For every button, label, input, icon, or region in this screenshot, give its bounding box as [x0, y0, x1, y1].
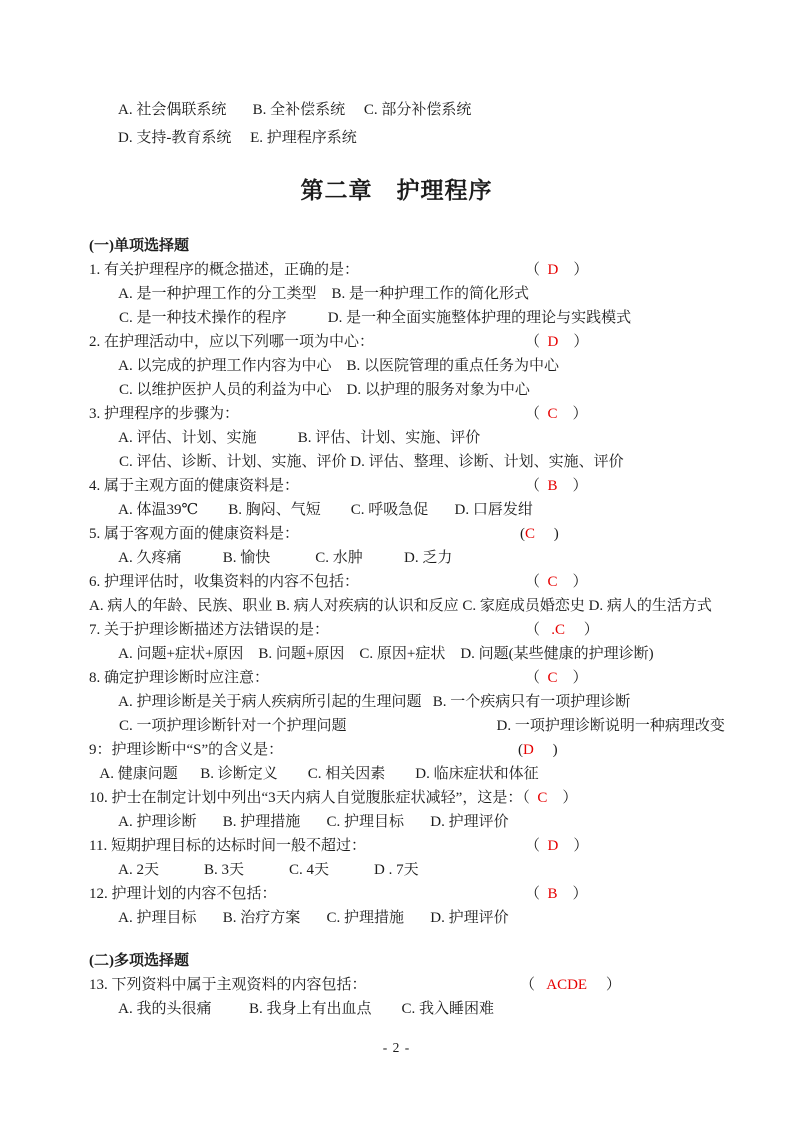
bracket-open: （ [525, 886, 548, 902]
section-single-choice: (一)单项选择题 1. 有关护理程序的概念描述，正确的是：（ D ） A. 是一… [89, 234, 749, 930]
bracket-close: ） [547, 790, 577, 806]
question-stem-line: 6. 护理评估时，收集资料的内容不包括：（ C ） [89, 570, 749, 594]
question-stem: 9：护理诊断中“S”的含义是： [89, 742, 283, 758]
question-stem-line: 7. 关于护理诊断描述方法错误的是：（ .C ） [89, 618, 749, 642]
bracket-close: ) [534, 742, 558, 758]
section-heading: (一)单项选择题 [89, 234, 749, 258]
bracket-open: （ [525, 478, 548, 494]
question-stem: 3. 护理程序的步骤为： [89, 406, 239, 422]
intro-option-line: A. 社会偶联系统 B. 全补偿系统 C. 部分补偿系统 [118, 96, 471, 124]
bracket-open: （ [520, 977, 546, 993]
option-line: A. 久疼痛 B. 愉快 C. 水肿 D. 乏力 [89, 546, 749, 570]
answer-bracket: （ B ） [525, 474, 588, 498]
question-list: 13. 下列资料中属于主观资料的内容包括：（ ACDE ） A. 我的头很痛 B… [89, 973, 749, 1021]
question-stem-line: 8. 确定护理诊断时应注意：（ C ） [89, 666, 749, 690]
answer-bracket: （ ACDE ） [520, 973, 621, 997]
bracket-open: （ [525, 670, 548, 686]
bracket-close: ） [558, 838, 588, 854]
question-stem-line: 2. 在护理活动中，应以下列哪一项为中心：（ D ） [89, 330, 749, 354]
bracket-close: ） [558, 406, 588, 422]
option-line: C. 一项护理诊断针对一个护理问题 D. 一项护理诊断说明一种病理改变 [89, 714, 749, 738]
question-stem-line: 5. 属于客观方面的健康资料是：(C ) [89, 522, 749, 546]
bracket-close: ） [558, 478, 588, 494]
answer-value: C [548, 670, 558, 686]
question-stem: 10. 护士在制定计划中列出“3天内病人自觉腹胀症状减轻”，这是： [89, 790, 522, 806]
question-stem: 11. 短期护理目标的达标时间一般不超过： [89, 838, 366, 854]
option-line: A. 评估、计划、实施 B. 评估、计划、实施、评价 [89, 426, 749, 450]
answer-value: C [537, 790, 547, 806]
bracket-open: （ [525, 406, 548, 422]
answer-value: C [548, 406, 558, 422]
option-line: C. 以维护医护人员的利益为中心 D. 以护理的服务对象为中心 [89, 378, 749, 402]
question-stem: 5. 属于客观方面的健康资料是： [89, 526, 299, 542]
bracket-open: （ [525, 622, 551, 638]
bracket-close: ) [535, 526, 559, 542]
answer-bracket: （ D ） [525, 258, 588, 282]
answer-value: C [548, 574, 558, 590]
option-line: A. 护理诊断是关于病人疾病所引起的生理问题 B. 一个疾病只有一项护理诊断 [89, 690, 749, 714]
answer-value: ACDE [546, 977, 587, 993]
option-line: A. 以完成的护理工作内容为中心 B. 以医院管理的重点任务为中心 [89, 354, 749, 378]
option-line: C. 是一种技术操作的程序 D. 是一种全面实施整体护理的理论与实践模式 [89, 306, 749, 330]
answer-bracket: (C ) [520, 522, 559, 546]
answer-value: D [548, 262, 559, 278]
answer-bracket: （ D ） [525, 330, 588, 354]
question-list: 1. 有关护理程序的概念描述，正确的是：（ D ） A. 是一种护理工作的分工类… [89, 258, 749, 930]
bracket-open: （ [525, 838, 548, 854]
answer-value: D [523, 742, 534, 758]
answer-value: B [548, 886, 558, 902]
question-stem-line: 13. 下列资料中属于主观资料的内容包括：（ ACDE ） [89, 973, 749, 997]
answer-value: D [548, 838, 559, 854]
option-line: A. 2天 B. 3天 C. 4天 D . 7天 [89, 858, 749, 882]
question-stem-line: 12. 护理计划的内容不包括：（ B ） [89, 882, 749, 906]
option-line: A. 是一种护理工作的分工类型 B. 是一种护理工作的简化形式 [89, 282, 749, 306]
question-stem-line: 4. 属于主观方面的健康资料是：（ B ） [89, 474, 749, 498]
question-stem: 1. 有关护理程序的概念描述，正确的是： [89, 262, 359, 278]
option-line: A. 病人的年龄、民族、职业 B. 病人对疾病的认识和反应 C. 家庭成员婚恋史… [89, 594, 749, 618]
bracket-close: ） [558, 574, 588, 590]
answer-bracket: （ C ） [525, 666, 588, 690]
question-stem: 7. 关于护理诊断描述方法错误的是： [89, 622, 329, 638]
bracket-open: （ [522, 790, 537, 806]
bracket-open: （ [525, 334, 548, 350]
question-stem-line: 11. 短期护理目标的达标时间一般不超过：（ D ） [89, 834, 749, 858]
intro-options: A. 社会偶联系统 B. 全补偿系统 C. 部分补偿系统 D. 支持-教育系统 … [118, 96, 471, 152]
answer-bracket: （ D ） [525, 834, 588, 858]
option-line: A. 我的头很痛 B. 我身上有出血点 C. 我入睡困难 [89, 997, 749, 1021]
option-line: C. 评估、诊断、计划、实施、评价 D. 评估、整理、诊断、计划、实施、评价 [89, 450, 749, 474]
bracket-close: ） [558, 670, 588, 686]
section-heading: (二)多项选择题 [89, 949, 749, 973]
bracket-open: （ [525, 262, 548, 278]
chapter-title: 第二章 护理程序 [0, 172, 793, 205]
option-line: A. 护理诊断 B. 护理措施 C. 护理目标 D. 护理评价 [89, 810, 749, 834]
document-page: A. 社会偶联系统 B. 全补偿系统 C. 部分补偿系统 D. 支持-教育系统 … [0, 0, 793, 1122]
option-line: A. 问题+症状+原因 B. 问题+原因 C. 原因+症状 D. 问题(某些健康… [89, 642, 749, 666]
answer-bracket: （ B ） [525, 882, 588, 906]
bracket-close: ） [558, 262, 588, 278]
option-line: A. 护理目标 B. 治疗方案 C. 护理措施 D. 护理评价 [89, 906, 749, 930]
page-number: - 2 - [0, 1036, 793, 1060]
option-line: A. 健康问题 B. 诊断定义 C. 相关因素 D. 临床症状和体征 [89, 762, 749, 786]
answer-value: .C [551, 622, 565, 638]
bracket-close: ） [558, 886, 588, 902]
question-stem-line: 10. 护士在制定计划中列出“3天内病人自觉腹胀症状减轻”，这是：（ C ） [89, 786, 749, 810]
bracket-close: ） [558, 334, 588, 350]
question-stem: 8. 确定护理诊断时应注意： [89, 670, 269, 686]
bracket-close: ） [587, 977, 621, 993]
bracket-open: （ [525, 574, 548, 590]
question-stem-line: 3. 护理程序的步骤为：（ C ） [89, 402, 749, 426]
intro-option-line: D. 支持-教育系统 E. 护理程序系统 [118, 124, 471, 152]
answer-bracket: (D ) [518, 738, 558, 762]
section-multi-choice: (二)多项选择题 13. 下列资料中属于主观资料的内容包括：（ ACDE ） A… [89, 949, 749, 1021]
answer-bracket: （ .C ） [525, 618, 599, 642]
question-stem: 4. 属于主观方面的健康资料是： [89, 478, 299, 494]
bracket-close: ） [565, 622, 599, 638]
answer-value: C [525, 526, 535, 542]
answer-bracket: （ C ） [522, 790, 577, 806]
answer-value: B [548, 478, 558, 494]
answer-value: D [548, 334, 559, 350]
answer-bracket: （ C ） [525, 570, 588, 594]
question-stem-line: 9：护理诊断中“S”的含义是：(D ) [89, 738, 749, 762]
question-stem: 6. 护理评估时，收集资料的内容不包括： [89, 574, 359, 590]
question-stem-line: 1. 有关护理程序的概念描述，正确的是：（ D ） [89, 258, 749, 282]
question-stem: 2. 在护理活动中，应以下列哪一项为中心： [89, 334, 374, 350]
answer-bracket: （ C ） [525, 402, 588, 426]
option-line: A. 体温39℃ B. 胸闷、气短 C. 呼吸急促 D. 口唇发绀 [89, 498, 749, 522]
question-stem: 12. 护理计划的内容不包括： [89, 886, 277, 902]
question-stem: 13. 下列资料中属于主观资料的内容包括： [89, 977, 367, 993]
